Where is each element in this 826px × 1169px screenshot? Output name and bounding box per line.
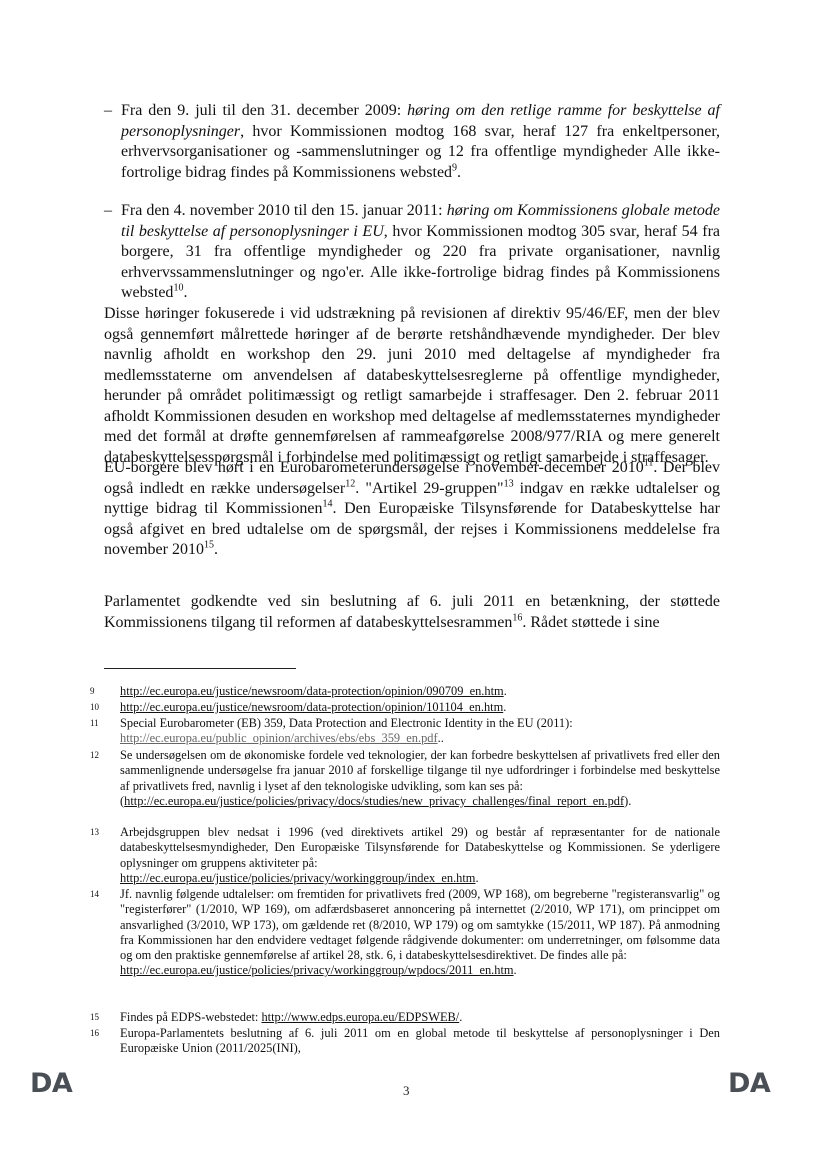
footnote-link[interactable]: http://ec.europa.eu/justice/newsroom/dat… xyxy=(120,700,503,714)
footnote-number: 15 xyxy=(90,1010,118,1025)
footnote-number: 16 xyxy=(90,1026,118,1041)
footnote-number: 14 xyxy=(90,887,118,902)
footnote-number: 11 xyxy=(90,716,118,731)
footnote-ref-11[interactable]: 11 xyxy=(644,458,654,469)
footnote-punct: . xyxy=(504,684,507,698)
consultation-bullet-1: – Fra den 9. juli til den 31. december 2… xyxy=(104,101,720,183)
footnote-link[interactable]: http://ec.europa.eu/justice/newsroom/dat… xyxy=(120,684,504,698)
footnote-ref-13[interactable]: 13 xyxy=(504,478,514,489)
footnote-ref-14[interactable]: 14 xyxy=(322,499,332,510)
footnote-ref-15[interactable]: 15 xyxy=(204,540,214,551)
paragraph-text: . xyxy=(214,541,218,558)
footnote-punct: . xyxy=(514,963,517,977)
document-page: – Fra den 9. juli til den 31. december 2… xyxy=(0,0,826,1169)
language-code-left: DA xyxy=(30,1068,72,1099)
footnote-link[interactable]: http://ec.europa.eu/justice/policies/pri… xyxy=(124,794,624,808)
footnote-number: 9 xyxy=(90,684,118,699)
footnote-number: 12 xyxy=(90,748,118,763)
footnote-link[interactable]: http://www.edps.europa.eu/EDPSWEB/ xyxy=(261,1010,459,1024)
page-number: 3 xyxy=(403,1083,410,1099)
paragraph-text: EU-borgere blev hørt i en Eurobarometeru… xyxy=(104,459,644,476)
consultation-bullet-2: – Fra den 4. november 2010 til den 15. j… xyxy=(104,201,720,304)
footnote-text: Jf. navnlig følgende udtalelser: om frem… xyxy=(120,887,720,962)
footnote-punct: . xyxy=(475,871,478,885)
footnote-link[interactable]: http://ec.europa.eu/justice/policies/pri… xyxy=(120,963,514,977)
footnote-text: Se undersøgelsen om de økonomiske fordel… xyxy=(120,748,720,793)
footnote-separator xyxy=(104,668,296,669)
bullet-dash: – xyxy=(104,201,112,222)
bullet-dash: – xyxy=(104,101,112,122)
footnote-ref-16[interactable]: 16 xyxy=(512,612,522,623)
footnote-number: 10 xyxy=(90,700,118,715)
footnote-ref-10[interactable]: 10 xyxy=(173,283,183,294)
footnote-ref-12[interactable]: 12 xyxy=(345,478,355,489)
paragraph-text: . "Artikel 29-gruppen" xyxy=(355,480,503,497)
bullet-text-end: . xyxy=(183,284,187,301)
footnote-text: Special Eurobarometer (EB) 359, Data Pro… xyxy=(120,716,573,730)
language-code-right: DA xyxy=(728,1068,770,1099)
footnote-link[interactable]: http://ec.europa.eu/public_opinion/archi… xyxy=(120,731,438,745)
footnote-text: Europa-Parlamentets beslutning af 6. jul… xyxy=(120,1026,720,1057)
footnote-number: 13 xyxy=(90,825,118,840)
footnote-punct: .. xyxy=(438,731,444,745)
bullet-text-end: . xyxy=(457,164,461,181)
footnote-punct: ). xyxy=(624,794,631,808)
paragraph-text: . Rådet støttede i sine xyxy=(522,614,659,631)
footnote-link[interactable]: http://ec.europa.eu/justice/policies/pri… xyxy=(120,871,475,885)
footnote-punct: . xyxy=(503,700,506,714)
footnote-punct: . xyxy=(459,1010,462,1024)
paragraph-eurobarometer: EU-borgere blev hørt i en Eurobarometeru… xyxy=(104,458,720,561)
bullet-text: Fra den 9. juli til den 31. december 200… xyxy=(121,102,407,119)
paragraph-consultations-focus: Disse høringer fokuserede i vid udstrækn… xyxy=(104,304,720,468)
footnote-text: Findes på EDPS-webstedet: xyxy=(120,1010,261,1024)
bullet-text: Fra den 4. november 2010 til den 15. jan… xyxy=(121,202,447,219)
footnote-text: Arbejdsgruppen blev nedsat i 1996 (ved d… xyxy=(120,825,720,870)
paragraph-parliament: Parlamentet godkendte ved sin beslutning… xyxy=(104,592,720,633)
